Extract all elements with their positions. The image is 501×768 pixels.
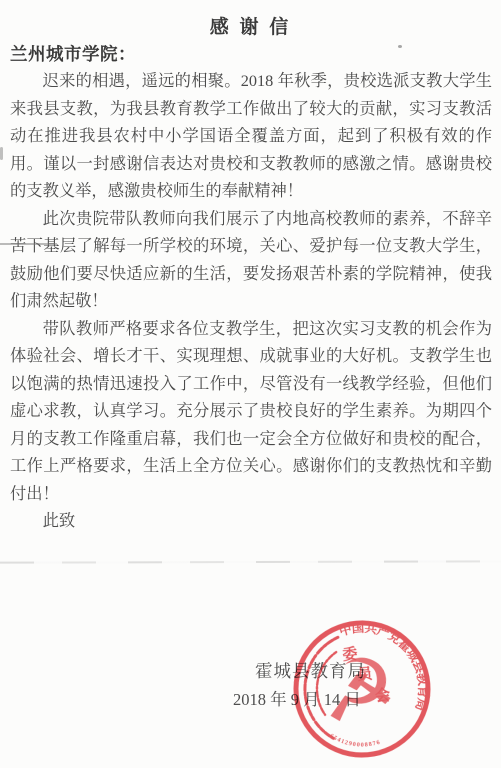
letter-salutation: 兰州城市学院：	[10, 41, 136, 66]
letter-closing: 此致	[10, 507, 492, 535]
letter-paragraph: 带队教师严格要求各位支教学生，把这次实习支教的机会作为体验社会、增长才干、实现理…	[10, 315, 492, 508]
scan-speck	[398, 45, 402, 48]
letter-body: 迟来的相遇，遥远的相聚。2018 年秋季，贵校选派支教大学生来我县支教，为我县教…	[10, 67, 492, 535]
scanned-letter-page: 感 谢 信 兰州城市学院： 迟来的相遇，遥远的相聚。2018 年秋季，贵校选派支…	[0, 0, 501, 768]
letter-title: 感 谢 信	[0, 12, 501, 39]
letter-paragraph: 迟来的相遇，遥远的相聚。2018 年秋季，贵校选派支教大学生来我县支教，为我县教…	[10, 67, 492, 205]
official-red-seal: 中国共产党霍城县教育局 委 员 会 ☭ 6541290008876	[283, 610, 441, 768]
hammer-sickle-icon: ☭	[318, 642, 401, 741]
scan-crease-line	[0, 560, 501, 563]
scan-edge-mark	[0, 147, 3, 160]
letter-paragraph: 此次贵院带队教师向我们展示了内地高校教师的素养，不辞辛苦下基层了解每一所学校的环…	[10, 205, 492, 315]
scan-artifact-line	[0, 243, 57, 245]
